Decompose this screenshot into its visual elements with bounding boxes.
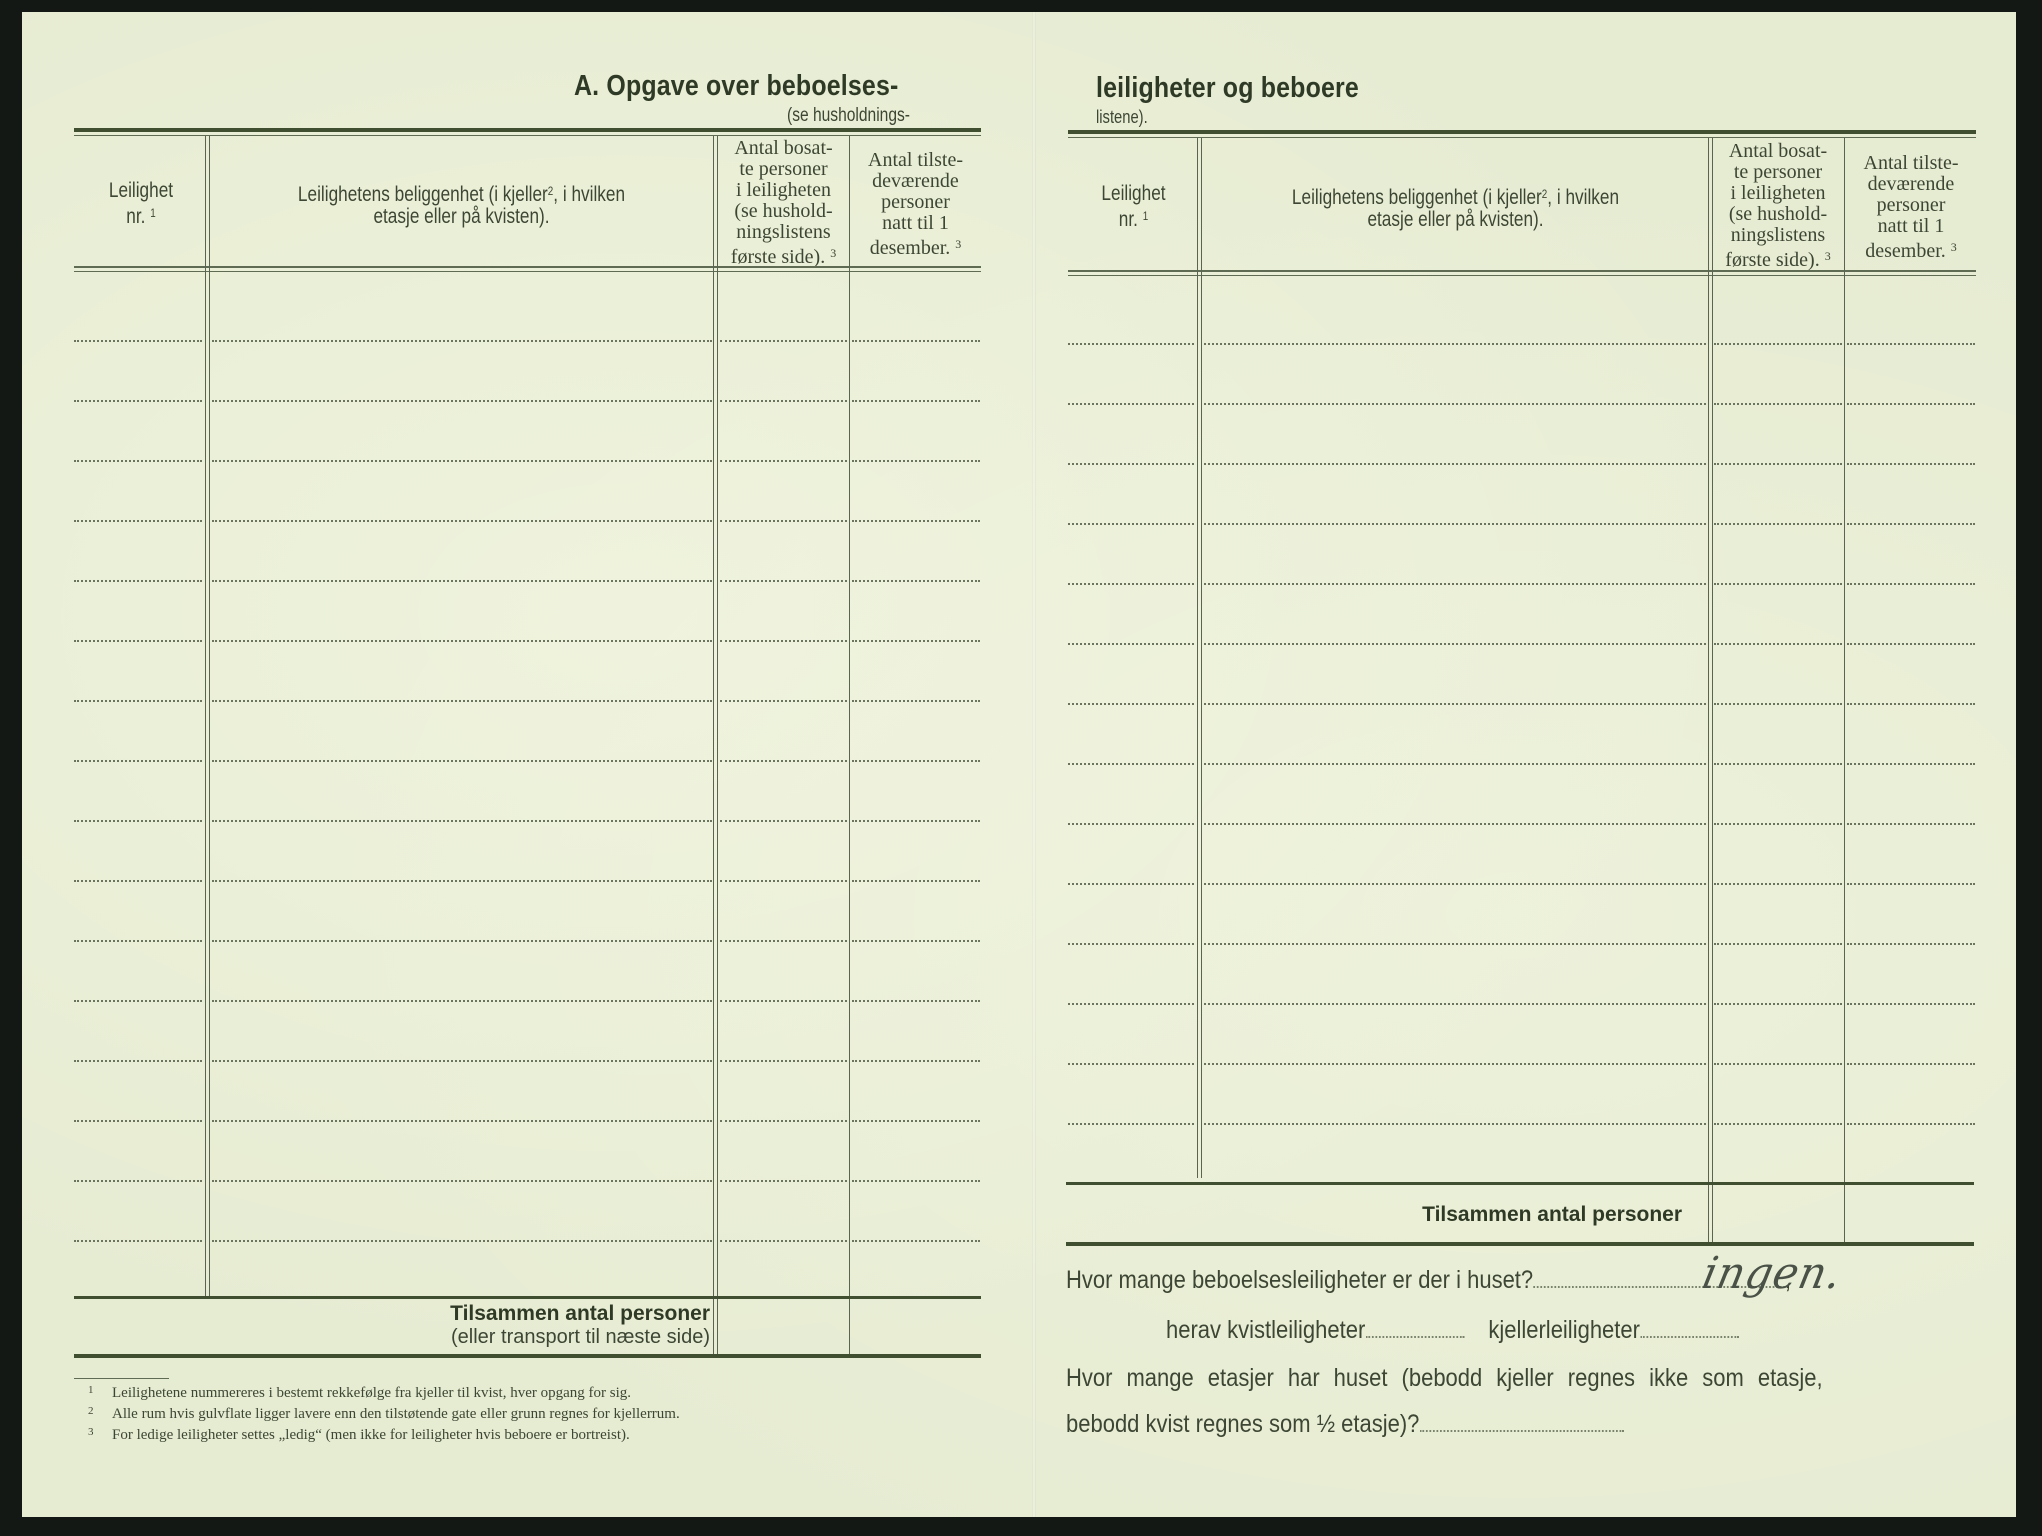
table-cell[interactable]	[212, 642, 712, 698]
table-cell[interactable]	[852, 462, 980, 518]
table-cell[interactable]	[1847, 1005, 1975, 1061]
table-top-rule	[1068, 130, 1976, 134]
table-cell[interactable]	[74, 1182, 202, 1238]
col-header-tilstedevaerende: Antal tilste- deværende personer natt ti…	[1846, 153, 1976, 262]
table-cell[interactable]	[720, 582, 847, 638]
table-cell[interactable]	[1068, 645, 1194, 701]
table-cell[interactable]	[74, 522, 202, 578]
table-cell[interactable]	[1068, 1065, 1194, 1121]
table-cell[interactable]	[1068, 525, 1194, 581]
table-cell[interactable]	[1204, 525, 1706, 581]
table-cell[interactable]	[852, 762, 980, 818]
section-subtitle-right: listene).	[1096, 107, 1148, 128]
page-fold	[1032, 12, 1036, 1517]
table-cell[interactable]	[1847, 285, 1975, 341]
footnote-2: 2Alle rum hvis gulvflate ligger lavere e…	[88, 1405, 680, 1423]
totals-bottom-rule	[1066, 1242, 1974, 1246]
col-header-tilstedevaerende: Antal tilste- deværende personer natt ti…	[850, 150, 981, 259]
row-line	[720, 1240, 847, 1242]
table-cell[interactable]	[1068, 825, 1194, 881]
table-cell[interactable]	[212, 762, 712, 818]
table-cell[interactable]	[1847, 1065, 1975, 1121]
table-cell[interactable]	[852, 822, 980, 878]
table-cell[interactable]	[1068, 285, 1194, 341]
table-cell[interactable]	[1714, 1005, 1842, 1061]
table-cell[interactable]	[1068, 945, 1194, 1001]
row-line	[1068, 1123, 1194, 1125]
table-cell[interactable]	[720, 282, 847, 338]
table-cell[interactable]	[720, 1182, 847, 1238]
table-cell[interactable]	[1068, 885, 1194, 941]
row-line	[212, 1240, 712, 1242]
table-cell[interactable]	[720, 642, 847, 698]
table-cell[interactable]	[74, 762, 202, 818]
table-cell[interactable]	[74, 1062, 202, 1118]
table-cell[interactable]	[74, 702, 202, 758]
col-header-leilighet: Leilighet nr. 1	[1080, 183, 1187, 231]
table-cell[interactable]	[212, 462, 712, 518]
table-cell[interactable]	[720, 1122, 847, 1178]
table-top-rule-thin	[1068, 137, 1976, 138]
table-cell[interactable]	[720, 1002, 847, 1058]
handwritten-answer: ingen.	[1698, 1248, 1847, 1299]
table-cell[interactable]	[720, 762, 847, 818]
table-cell[interactable]	[1714, 645, 1842, 701]
table-cell[interactable]	[1204, 285, 1706, 341]
question-apartments: Hvor mange beboelsesleiligheter er der i…	[1066, 1266, 1791, 1295]
table-cell[interactable]	[1068, 405, 1194, 461]
table-cell[interactable]	[720, 402, 847, 458]
col-header-bosatte: Antal bosat- te personer i leiligheten (…	[1712, 141, 1844, 271]
table-cell[interactable]	[212, 1002, 712, 1058]
col-header-bosatte: Antal bosat- te personer i leiligheten (…	[718, 138, 849, 268]
table-cell[interactable]	[1068, 1005, 1194, 1061]
table-cell[interactable]	[1847, 345, 1975, 401]
question-floors-line2: bebodd kvist regnes som ½ etasje)?	[1066, 1410, 1624, 1439]
table-cell[interactable]	[1714, 885, 1842, 941]
table-cell[interactable]	[1068, 765, 1194, 821]
table-cell[interactable]	[1847, 945, 1975, 1001]
table-cell[interactable]	[1204, 1005, 1706, 1061]
table-cell[interactable]	[1204, 885, 1706, 941]
row-line	[74, 1240, 202, 1242]
table-cell[interactable]	[852, 1122, 980, 1178]
table-cell[interactable]	[1714, 1065, 1842, 1121]
table-cell[interactable]	[212, 822, 712, 878]
table-cell[interactable]	[1714, 825, 1842, 881]
footnote-3: 3For ledige leiligheter settes „ledig“ (…	[88, 1426, 630, 1444]
footnote-1: 1Leilighetene nummereres i bestemt rekke…	[88, 1384, 631, 1402]
table-cell[interactable]	[212, 402, 712, 458]
totals-top-rule	[1066, 1182, 1974, 1185]
col-divider	[1712, 138, 1713, 1244]
table-cell[interactable]	[720, 822, 847, 878]
table-cell[interactable]	[1847, 885, 1975, 941]
table-cell[interactable]	[74, 822, 202, 878]
table-cell[interactable]	[720, 702, 847, 758]
table-cell[interactable]	[852, 702, 980, 758]
col-divider	[717, 136, 718, 1354]
table-cell[interactable]	[74, 282, 202, 338]
table-cell[interactable]	[1714, 285, 1842, 341]
table-cell[interactable]	[1847, 645, 1975, 701]
answer-kjeller-field[interactable]	[1640, 1335, 1739, 1338]
header-bottom-rule	[1068, 270, 1976, 272]
table-cell[interactable]	[852, 582, 980, 638]
row-line	[1204, 1123, 1706, 1125]
table-cell[interactable]	[1068, 585, 1194, 641]
table-cell[interactable]	[212, 1122, 712, 1178]
table-cell[interactable]	[1068, 465, 1194, 521]
table-cell[interactable]	[1714, 525, 1842, 581]
table-cell[interactable]	[1068, 705, 1194, 761]
col-divider	[1201, 138, 1202, 1178]
section-subtitle-left: (se husholdnings-	[787, 105, 910, 127]
totals-top-rule	[74, 1296, 981, 1299]
table-cell[interactable]	[1714, 465, 1842, 521]
table-top-rule-thin	[74, 135, 981, 136]
table-cell[interactable]	[74, 582, 202, 638]
col-divider	[1197, 138, 1198, 1178]
section-title-right: leiligheter og beboere	[1096, 72, 1359, 105]
table-cell[interactable]	[1204, 645, 1706, 701]
table-cell[interactable]	[852, 522, 980, 578]
table-cell[interactable]	[852, 402, 980, 458]
table-top-rule	[74, 128, 981, 132]
table-cell[interactable]	[74, 1122, 202, 1178]
col-divider	[209, 136, 210, 1298]
question-floors-line1: Hvor mange etasjer har huset (bebodd kje…	[1066, 1364, 1823, 1393]
header-bottom-rule	[74, 266, 981, 268]
totals-label-left: Tilsammen antal personer (eller transpor…	[290, 1302, 710, 1349]
col-header-leilighet: Leilighet nr. 1	[86, 180, 196, 228]
table-cell[interactable]	[852, 642, 980, 698]
table-cell[interactable]	[852, 1062, 980, 1118]
answer-floors-field[interactable]	[1419, 1429, 1623, 1432]
table-cell[interactable]	[74, 342, 202, 398]
totals-label-right: Tilsammen antal personer	[1300, 1203, 1682, 1227]
answer-kvist-field[interactable]	[1365, 1335, 1464, 1338]
col-header-beliggenhet: Leilighetens beliggenhet (i kjeller2, i …	[254, 180, 670, 228]
table-cell[interactable]	[1068, 345, 1194, 401]
table-cell[interactable]	[1204, 705, 1706, 761]
header-bottom-rule-2	[74, 271, 981, 272]
header-bottom-rule-2	[1068, 275, 1976, 276]
footnote-separator	[74, 1378, 169, 1379]
table-cell[interactable]	[1847, 825, 1975, 881]
table-cell[interactable]	[1714, 345, 1842, 401]
table-cell[interactable]	[1204, 1065, 1706, 1121]
table-cell[interactable]	[212, 522, 712, 578]
table-cell[interactable]	[74, 642, 202, 698]
table-cell[interactable]	[1204, 465, 1706, 521]
table-cell[interactable]	[720, 342, 847, 398]
table-cell[interactable]	[212, 942, 712, 998]
section-title-left: A. Opgave over beboelses-	[574, 70, 898, 103]
col-divider	[205, 136, 206, 1298]
table-cell[interactable]	[1714, 705, 1842, 761]
table-cell[interactable]	[852, 342, 980, 398]
table-cell[interactable]	[1204, 405, 1706, 461]
question-kvist-kjeller: herav kvistleiligheter kjellerleilighete…	[1166, 1316, 1739, 1345]
table-cell[interactable]	[212, 1062, 712, 1118]
table-cell[interactable]	[1204, 345, 1706, 401]
col-header-beliggenhet: Leilighetens beliggenhet (i kjeller2, i …	[1248, 183, 1664, 231]
row-line	[1714, 1123, 1842, 1125]
table-cell[interactable]	[1204, 825, 1706, 881]
table-cell[interactable]	[1847, 765, 1975, 821]
col-divider	[849, 136, 850, 1354]
table-cell[interactable]	[852, 942, 980, 998]
table-cell[interactable]	[852, 882, 980, 938]
table-cell[interactable]	[1204, 765, 1706, 821]
table-cell[interactable]	[74, 402, 202, 458]
table-cell[interactable]	[720, 1062, 847, 1118]
col-divider	[713, 136, 714, 1354]
table-cell[interactable]	[720, 882, 847, 938]
total-bosatte-cell[interactable]	[1714, 1188, 1842, 1240]
table-cell[interactable]	[852, 1182, 980, 1238]
table-cell[interactable]	[1714, 765, 1842, 821]
table-cell[interactable]	[1847, 465, 1975, 521]
table-cell[interactable]	[1847, 705, 1975, 761]
table-cell[interactable]	[852, 1002, 980, 1058]
table-cell[interactable]	[1847, 405, 1975, 461]
table-cell[interactable]	[1847, 585, 1975, 641]
table-cell[interactable]	[1847, 525, 1975, 581]
table-cell[interactable]	[212, 282, 712, 338]
total-bosatte-cell[interactable]	[720, 1302, 848, 1352]
table-cell[interactable]	[212, 582, 712, 638]
table-cell[interactable]	[1714, 585, 1842, 641]
col-divider	[1844, 138, 1845, 1244]
table-cell[interactable]	[212, 1182, 712, 1238]
total-tilstede-cell[interactable]	[1846, 1188, 1974, 1240]
table-cell[interactable]	[212, 702, 712, 758]
table-cell[interactable]	[1204, 585, 1706, 641]
row-line	[1847, 1123, 1975, 1125]
table-cell[interactable]	[74, 462, 202, 518]
table-cell[interactable]	[1714, 945, 1842, 1001]
table-cell[interactable]	[720, 942, 847, 998]
col-divider	[1708, 138, 1709, 1244]
table-cell[interactable]	[1714, 405, 1842, 461]
total-tilstede-cell[interactable]	[852, 1302, 980, 1352]
table-cell[interactable]	[720, 522, 847, 578]
table-cell[interactable]	[212, 342, 712, 398]
table-cell[interactable]	[1204, 945, 1706, 1001]
row-line	[852, 1240, 980, 1242]
totals-bottom-rule	[74, 1354, 981, 1358]
table-cell[interactable]	[720, 462, 847, 518]
table-cell[interactable]	[74, 942, 202, 998]
table-cell[interactable]	[74, 882, 202, 938]
table-cell[interactable]	[212, 882, 712, 938]
table-cell[interactable]	[74, 1002, 202, 1058]
table-cell[interactable]	[852, 282, 980, 338]
